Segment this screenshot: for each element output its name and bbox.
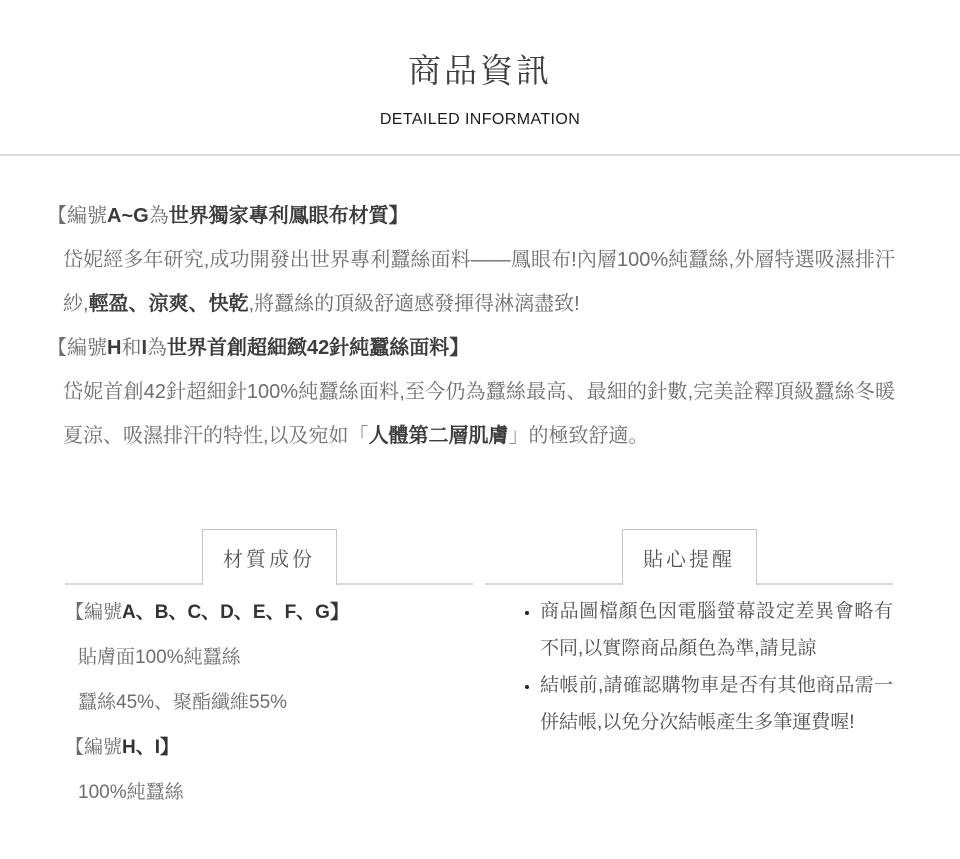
text-segment: A、B、C、D、E、F、G [122, 602, 330, 623]
intro-block-para: 岱妮經多年研究,成功開發出世界專利蠶絲面料——鳳眼布!內層100%純蠶絲,外層特… [47, 238, 895, 326]
reminder-item: 結帳前,請確認購物車是否有其他商品需一併結帳,以免分次結帳產生多筆運費喔! [540, 667, 893, 741]
text-segment: 蠶絲45%、聚酯纖維55% [78, 692, 287, 713]
text-segment: ,將蠶絲的頂級舒適感發揮得淋漓盡致! [249, 293, 580, 315]
text-segment: 人體第二層肌膚 [369, 425, 509, 447]
materials-tab: 材質成份 [202, 529, 337, 585]
text-segment: 為 [147, 337, 167, 359]
page-title: 商品資訊 [0, 52, 960, 90]
text-segment: 和 [121, 337, 141, 359]
materials-row-value: 貼膚面100%純蠶絲 [65, 635, 473, 680]
materials-tab-row: 材質成份 [65, 529, 473, 585]
reminders-tab: 貼心提醒 [622, 529, 757, 585]
detail-columns: 材質成份 【編號A、B、C、D、E、F、G】貼膚面100%純蠶絲蠶絲45%、聚酯… [65, 529, 893, 815]
intro-block-heading: 【編號A~G為世界獨家專利鳳眼布材質】 [47, 194, 895, 238]
reminders-list: 商品圖檔顏色因電腦螢幕設定差異會略有不同,以實際商品顏色為準,請見諒結帳前,請確… [485, 593, 893, 741]
text-segment: 】 [160, 737, 179, 758]
materials-row-heading: 【編號H、I】 [65, 725, 473, 770]
text-segment: 世界獨家專利鳳眼布材質】 [169, 205, 409, 227]
text-segment: 【編號 [65, 602, 122, 623]
reminders-tab-row: 貼心提醒 [485, 529, 893, 585]
intro-block-para: 岱妮首創42針超細針100%純蠶絲面料,至今仍為蠶絲最高、最細的針數,完美詮釋頂… [47, 370, 895, 458]
text-segment: H [107, 337, 121, 359]
reminders-column: 貼心提醒 商品圖檔顏色因電腦螢幕設定差異會略有不同,以實際商品顏色為準,請見諒結… [485, 529, 893, 815]
text-segment: 【編號 [65, 737, 122, 758]
text-segment: 【編號 [47, 205, 107, 227]
text-segment: 貼膚面100%純蠶絲 [78, 647, 241, 668]
header-divider [0, 154, 960, 156]
section-header: 商品資訊 DETAILED INFORMATION [0, 0, 960, 129]
text-segment: 】 [330, 602, 349, 623]
materials-column: 材質成份 【編號A、B、C、D、E、F、G】貼膚面100%純蠶絲蠶絲45%、聚酯… [65, 529, 473, 815]
intro-text: 【編號A~G為世界獨家專利鳳眼布材質】岱妮經多年研究,成功開發出世界專利蠶絲面料… [47, 194, 895, 458]
text-segment: 為 [149, 205, 169, 227]
text-segment: 100%純蠶絲 [78, 782, 184, 803]
reminders-tab-label: 貼心提醒 [643, 543, 735, 572]
text-segment: 世界首創超細緻42針純蠶絲面料】 [167, 337, 469, 359]
text-segment: 」的極致舒適。 [509, 425, 649, 447]
text-segment: 【編號 [47, 337, 107, 359]
intro-block-heading: 【編號H和I為世界首創超細緻42針純蠶絲面料】 [47, 326, 895, 370]
materials-tab-label: 材質成份 [223, 543, 315, 572]
page-subtitle: DETAILED INFORMATION [0, 111, 960, 129]
materials-list: 【編號A、B、C、D、E、F、G】貼膚面100%純蠶絲蠶絲45%、聚酯纖維55%… [65, 585, 473, 815]
text-segment: A~G [107, 205, 149, 227]
text-segment: H、I [122, 737, 160, 758]
text-segment: 輕盈、涼爽、快乾 [89, 293, 249, 315]
materials-row-heading: 【編號A、B、C、D、E、F、G】 [65, 590, 473, 635]
materials-row-value: 100%純蠶絲 [65, 770, 473, 815]
reminder-item: 商品圖檔顏色因電腦螢幕設定差異會略有不同,以實際商品顏色為準,請見諒 [540, 593, 893, 667]
materials-row-value: 蠶絲45%、聚酯纖維55% [65, 680, 473, 725]
product-info-page: 商品資訊 DETAILED INFORMATION 【編號A~G為世界獨家專利鳳… [0, 0, 960, 815]
